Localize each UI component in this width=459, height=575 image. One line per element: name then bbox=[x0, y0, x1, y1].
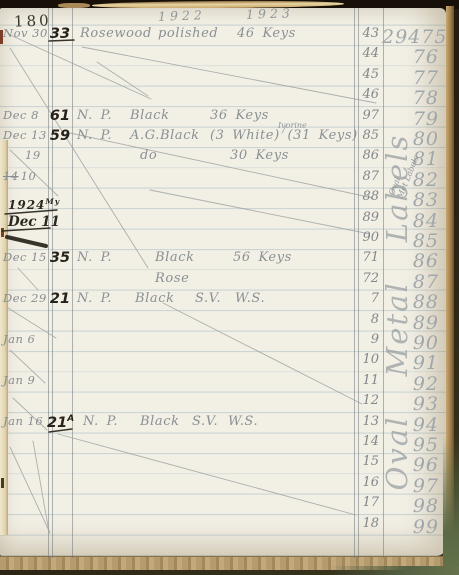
date-cell: Dec 29 bbox=[3, 291, 49, 305]
desc-fragment: A.G. bbox=[130, 128, 160, 143]
year-note-suffix: My bbox=[45, 197, 60, 206]
carry-col-cell: 89 bbox=[352, 210, 379, 225]
date-cell: 19 bbox=[3, 148, 71, 162]
year-heading-1922: 1922 bbox=[158, 7, 206, 24]
desc-fragment: N. P. bbox=[77, 108, 112, 123]
carry-col-cell: 7 bbox=[352, 291, 379, 306]
qty-superscript: A bbox=[67, 414, 74, 424]
date-cell: Jan 6 bbox=[3, 332, 49, 346]
serial-col-cell: 29475 bbox=[382, 26, 439, 48]
desc-fragment: S.V. bbox=[195, 291, 221, 306]
desc-fragment: Black bbox=[135, 291, 175, 306]
carry-col-cell: 11 bbox=[352, 373, 379, 388]
desc-fragment: Rose bbox=[155, 271, 189, 286]
desc-fragment: W.S. bbox=[235, 291, 265, 306]
carry-col-cell: 44 bbox=[352, 46, 379, 61]
desc-fragment: polished bbox=[158, 26, 218, 41]
year-1924-note: 1924My Dec 11 bbox=[8, 197, 60, 230]
desc-fragment: S.V. bbox=[192, 414, 218, 429]
desc-fragment: Black bbox=[140, 414, 180, 429]
carry-col-cell: 13 bbox=[352, 414, 379, 429]
qty-cell: 61 bbox=[47, 108, 73, 124]
date-cell: Dec 8 bbox=[3, 108, 49, 122]
desc-fragment: Rosewood bbox=[80, 26, 152, 41]
date-cell: Dec 15 bbox=[3, 250, 49, 264]
carry-col-cell: 16 bbox=[352, 475, 379, 490]
date-cell: Dec 13 bbox=[3, 128, 49, 142]
desc-fragment: N. P. bbox=[77, 291, 112, 306]
carry-col-cell: 72 bbox=[352, 271, 379, 286]
desc-fragment: 30 Keys bbox=[230, 148, 289, 163]
date-cell: Nov 30 bbox=[3, 26, 49, 40]
carry-col-cell: 10 bbox=[352, 352, 379, 367]
carry-col-cell: 12 bbox=[352, 393, 379, 408]
carry-col-cell: 87 bbox=[352, 169, 379, 184]
qty-cell: 21A bbox=[47, 414, 73, 431]
table-row: 4476 bbox=[0, 46, 459, 67]
desc-fragment: (3 White) (31 Keys) bbox=[210, 128, 358, 143]
date-cell: Jan 9 bbox=[3, 373, 49, 387]
qty-cell: 21 bbox=[47, 291, 73, 307]
table-row: Nov 3033Rosewoodpolished46 Keys4329475 bbox=[0, 26, 459, 47]
serial-col-cell: 76 bbox=[382, 46, 439, 68]
desc-fragment: 36 Keys bbox=[210, 108, 269, 123]
carry-col-cell: 90 bbox=[352, 230, 379, 245]
desc-fragment: Black bbox=[130, 108, 170, 123]
carry-col-cell: 45 bbox=[352, 67, 379, 82]
serial-col-cell: 77 bbox=[382, 67, 439, 89]
carry-col-cell: 88 bbox=[352, 189, 379, 204]
carry-col-cell: 97 bbox=[352, 108, 379, 123]
desc-fragment: N. P. bbox=[77, 128, 112, 143]
desc-fragment: Black bbox=[155, 250, 195, 265]
vertical-note-oval-metal-labels: Oval Metal Labels bbox=[380, 97, 414, 527]
struck-date: 14 bbox=[3, 169, 19, 183]
ivorine-note: Ivorine bbox=[278, 121, 307, 130]
desc-fragment: 46 Keys bbox=[237, 26, 296, 41]
carry-col-cell: 14 bbox=[352, 434, 379, 449]
desc-fragment: do bbox=[140, 148, 157, 163]
carry-col-cell: 71 bbox=[352, 250, 379, 265]
year-note-year: 1924 bbox=[8, 198, 45, 212]
ledger-page-photo: 180 1922 1923 Nov 3033Rosewoodpolished46… bbox=[0, 0, 459, 575]
desc-fragment: 56 Keys bbox=[233, 250, 292, 265]
carry-col-cell: 18 bbox=[352, 516, 379, 531]
carry-col-cell: 9 bbox=[352, 332, 379, 347]
table-row: 4577 bbox=[0, 67, 459, 88]
desc-fragment: W.S. bbox=[228, 414, 258, 429]
date-cell: Jan 16 bbox=[3, 414, 49, 428]
desc-fragment: Black bbox=[160, 128, 200, 143]
qty-cell: 33 bbox=[47, 26, 73, 42]
qty-cell: 59 bbox=[47, 128, 73, 144]
dec-11-note: Dec 11 bbox=[8, 214, 60, 230]
carry-col-cell: 86 bbox=[352, 148, 379, 163]
date-cell: 1410 bbox=[3, 169, 49, 183]
carry-col-cell: 46 bbox=[352, 87, 379, 102]
desc-fragment: N. P. bbox=[77, 250, 112, 265]
desc-fragment: N. P. bbox=[83, 414, 118, 429]
year-heading-1923: 1923 bbox=[246, 5, 294, 22]
carry-col-cell: 85 bbox=[352, 128, 379, 143]
carry-col-cell: 17 bbox=[352, 495, 379, 510]
carry-col-cell: 8 bbox=[352, 312, 379, 327]
carry-col-cell: 43 bbox=[352, 26, 379, 41]
carry-col-cell: 15 bbox=[352, 454, 379, 469]
qty-cell: 35 bbox=[47, 250, 73, 266]
